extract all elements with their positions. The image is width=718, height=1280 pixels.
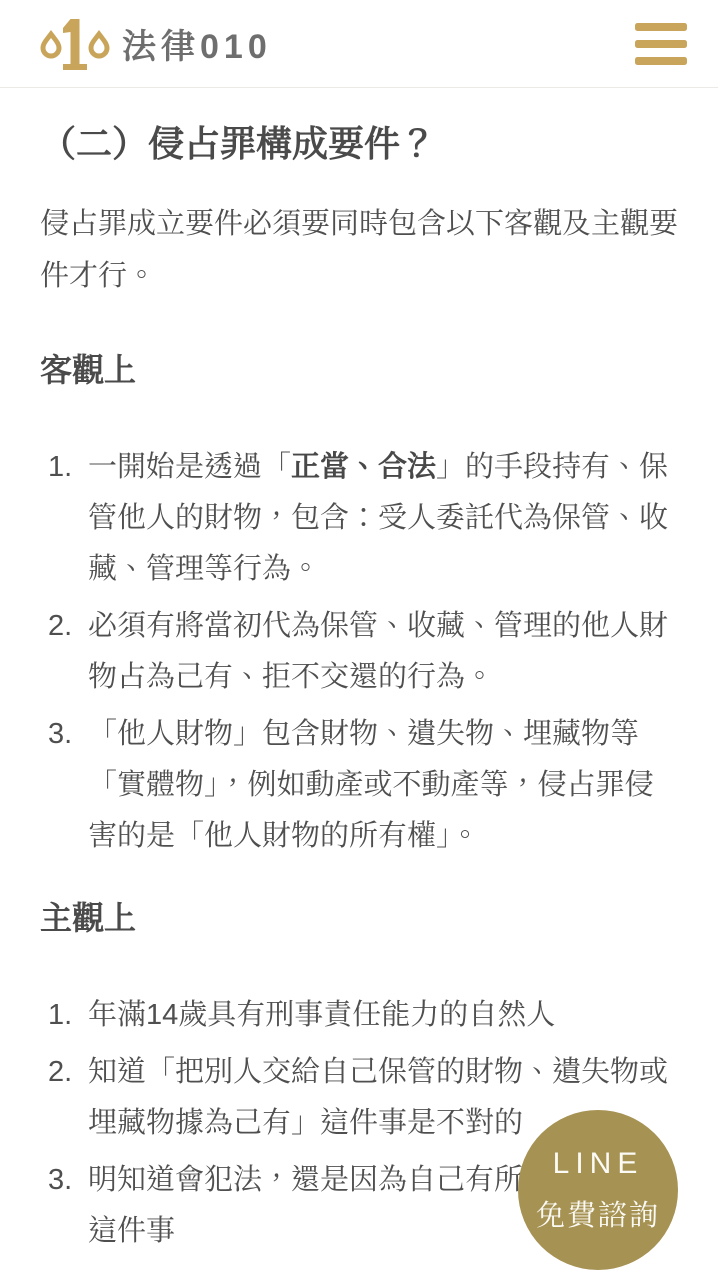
hamburger-icon [635, 57, 687, 65]
hamburger-menu-button[interactable] [635, 23, 687, 65]
list-item-text: 一開始是透過「 [88, 451, 291, 483]
intro-paragraph: 侵占罪成立要件必須要同時包含以下客觀及主觀要件才行。 [40, 198, 682, 302]
list-item-text: 明知道會犯法，還是因為自己有所 [88, 1164, 523, 1196]
scales-of-justice-icon [40, 18, 110, 70]
app-header: 法律010 [0, 0, 718, 88]
list-item: 年滿14歲具有刑事責任能力的自然人 [88, 990, 682, 1041]
line-consult-button[interactable]: LINE 免費諮詢 [518, 1110, 678, 1270]
section-title-subjective: 主觀上 [40, 898, 682, 938]
line-consult-sublabel: 免費諮詢 [536, 1193, 660, 1234]
list-item: 「他人財物」包含財物、遺失物、埋藏物等「實體物」，例如動產或不動產等，侵占罪侵害… [88, 709, 682, 862]
hamburger-icon [635, 23, 687, 31]
page-title: （二）侵占罪構成要件？ [40, 122, 682, 166]
list-item: 一開始是透過「正當、合法」的手段持有、保管他人的財物，包含：受人委託代為保管、收… [88, 442, 682, 595]
emphasized-text: 正當、合法 [291, 451, 436, 483]
section-title-objective: 客觀上 [40, 350, 682, 390]
objective-requirements-list: 一開始是透過「正當、合法」的手段持有、保管他人的財物，包含：受人委託代為保管、收… [40, 442, 682, 862]
article-content: （二）侵占罪構成要件？ 侵占罪成立要件必須要同時包含以下客觀及主觀要件才行。 客… [0, 122, 718, 1257]
brand-name: 法律010 [122, 19, 272, 68]
line-consult-label: LINE [553, 1147, 644, 1181]
list-item: 必須有將當初代為保管、收藏、管理的他人財物占為己有、拒不交還的行為。 [88, 601, 682, 703]
brand[interactable]: 法律010 [40, 18, 272, 70]
hamburger-icon [635, 40, 687, 48]
